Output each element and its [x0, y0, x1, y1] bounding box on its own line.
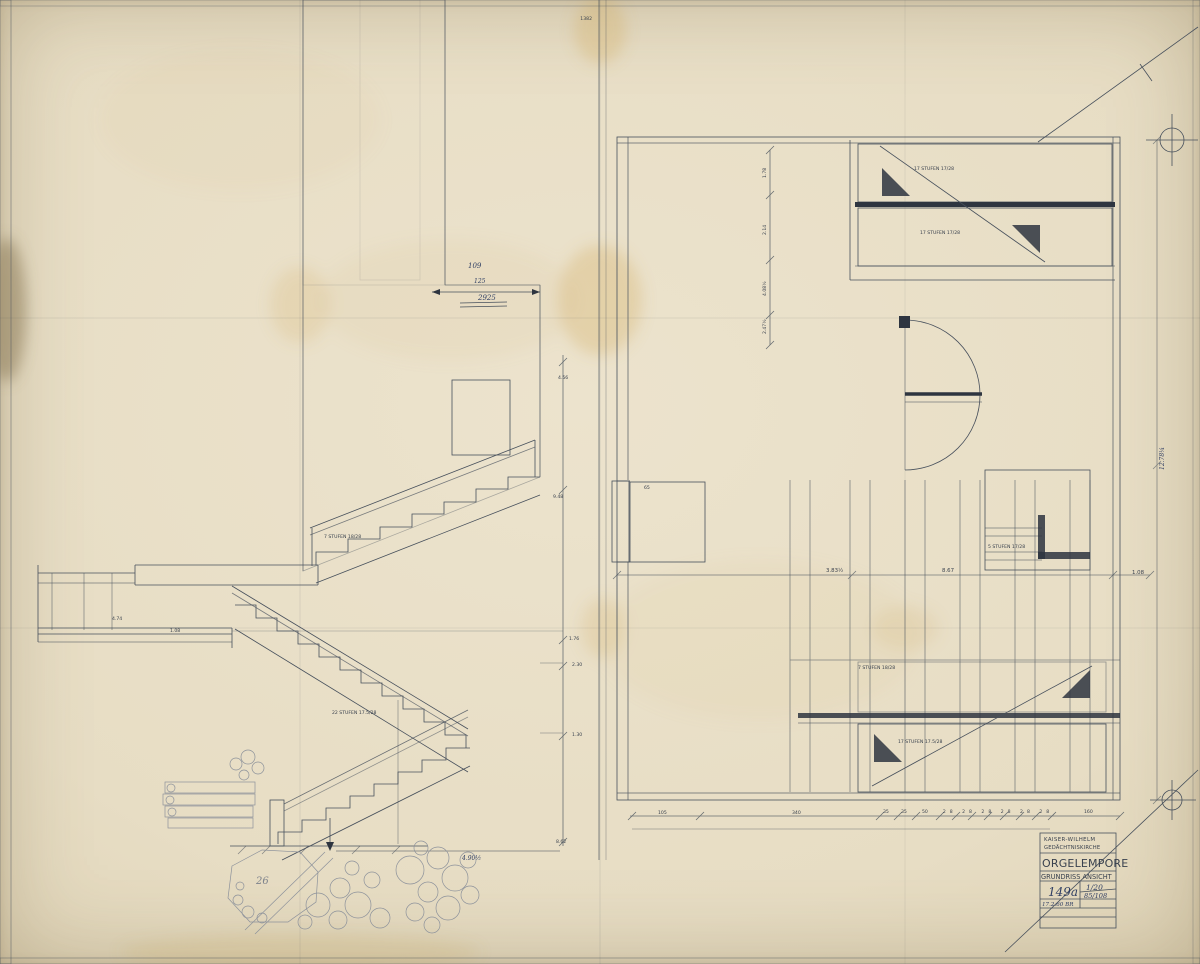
dim-plan-left: 65 — [644, 485, 650, 491]
section-landing-balcony — [38, 565, 563, 648]
stair-direction-arrow-icon — [882, 168, 910, 196]
ground-arrow-icon — [326, 842, 334, 851]
stone-cluster-a — [298, 861, 390, 929]
note-plan-stair-d: 17 STUFEN 17.5/28 — [898, 739, 943, 745]
dim-chain-3: 4.08½ — [761, 281, 768, 296]
dim-chain-2: 2.14 — [762, 225, 768, 235]
plan-curved-wall — [899, 316, 982, 470]
dim-bottom-5: 50 — [922, 809, 928, 815]
paper-stains — [0, 0, 939, 964]
architectural-drawing: 1382 109 125 2925 — [0, 0, 1200, 964]
plan-console — [617, 481, 705, 562]
section-upper-flight — [310, 440, 540, 583]
dim-level-1: 4.56 — [558, 375, 568, 381]
dim-col-1: 109 — [468, 262, 482, 270]
note-plan-stair-a: 17 STUFEN 17/28 — [914, 166, 954, 172]
note-plan-stair-e: 5 STUFEN 17/28 — [988, 544, 1025, 550]
title-block-subtitle: GRUNDRISS ANSICHT — [1041, 873, 1113, 881]
title-block-sheet-no: 149a — [1048, 885, 1078, 899]
plan-stair-side — [985, 470, 1090, 570]
dim-chain-4: 2.47½ — [761, 319, 768, 334]
title-block-title: ORGELEMPORE — [1042, 857, 1128, 870]
dim-bottom-4: 35 — [901, 809, 907, 815]
dim-balcony-2: 1.08 — [170, 628, 180, 634]
dim-chain-1: 1.78 — [762, 168, 768, 178]
dim-balcony-1: 4.74 — [112, 616, 122, 622]
dim-level-2: 9.48 — [553, 494, 563, 500]
dim-level-5: 1.30 — [572, 732, 582, 738]
section-middle-flight — [232, 586, 468, 772]
dim-bottom-3: 35 — [883, 809, 889, 815]
pencil-sketches: 26 — [163, 750, 479, 934]
title-block-office-2: GEDÄCHTNISKIRCHE — [1044, 844, 1100, 851]
section-level-chain — [540, 355, 567, 846]
plan-drawing: 17 STUFEN 17/28 17 STUFEN 17/28 65 — [612, 136, 1166, 829]
dim-bottom-7: 160 — [1084, 809, 1093, 815]
note-plan-stair-b: 17 STUFEN 17/28 — [920, 230, 960, 236]
tree-scribble-sketch — [230, 750, 264, 780]
dim-ground: 4.90½ — [461, 855, 481, 862]
plan-stair-top — [850, 140, 1115, 280]
dim-mid-3: 1.08 — [1132, 570, 1145, 576]
title-block-office-1: KAISER-WILHELM — [1044, 837, 1095, 843]
note-plan-stair-c: 7 STUFEN 18/28 — [858, 665, 895, 671]
stair-direction-arrow-icon — [874, 734, 902, 762]
dim-col-3: 2925 — [477, 294, 496, 302]
section-door-opening — [452, 380, 510, 455]
dim-level-3: 1.76 — [569, 636, 579, 642]
dim-col-2: 125 — [474, 278, 486, 285]
octagon-sketch — [228, 850, 333, 934]
section-ground — [230, 818, 560, 854]
dim-level-6: 8.62 — [556, 839, 566, 845]
dim-top-width: 1382 — [580, 16, 592, 22]
stacked-logs-sketch — [163, 782, 255, 828]
dim-right-edge: 12.78¼ — [1159, 447, 1166, 470]
title-block-scale: 1/20 — [1086, 883, 1103, 892]
title-block-format: 85/108 — [1084, 892, 1107, 900]
dim-bottom-2: 340 — [792, 810, 801, 816]
dim-level-4: 2.30 — [572, 662, 582, 668]
dim-mid-1: 3.83½ — [826, 567, 843, 574]
title-block: KAISER-WILHELM GEDÄCHTNISKIRCHE ORGELEMP… — [1040, 833, 1128, 928]
dim-mid-2: 8.67 — [942, 568, 954, 574]
sketch-number: 26 — [255, 876, 269, 887]
dim-bottom-1: 105 — [658, 810, 667, 816]
note-lower-flight: 22 STUFEN 17.5/28 — [332, 710, 377, 716]
title-block-date: 17.2.60 BR — [1042, 902, 1073, 908]
note-upper-flight: 7 STUFEN 18/28 — [324, 534, 361, 540]
stair-direction-arrow-icon — [1062, 670, 1090, 698]
wall-opening — [612, 481, 629, 562]
dim-bottom-6: 28 28 28 28 28 28 — [943, 809, 1053, 815]
